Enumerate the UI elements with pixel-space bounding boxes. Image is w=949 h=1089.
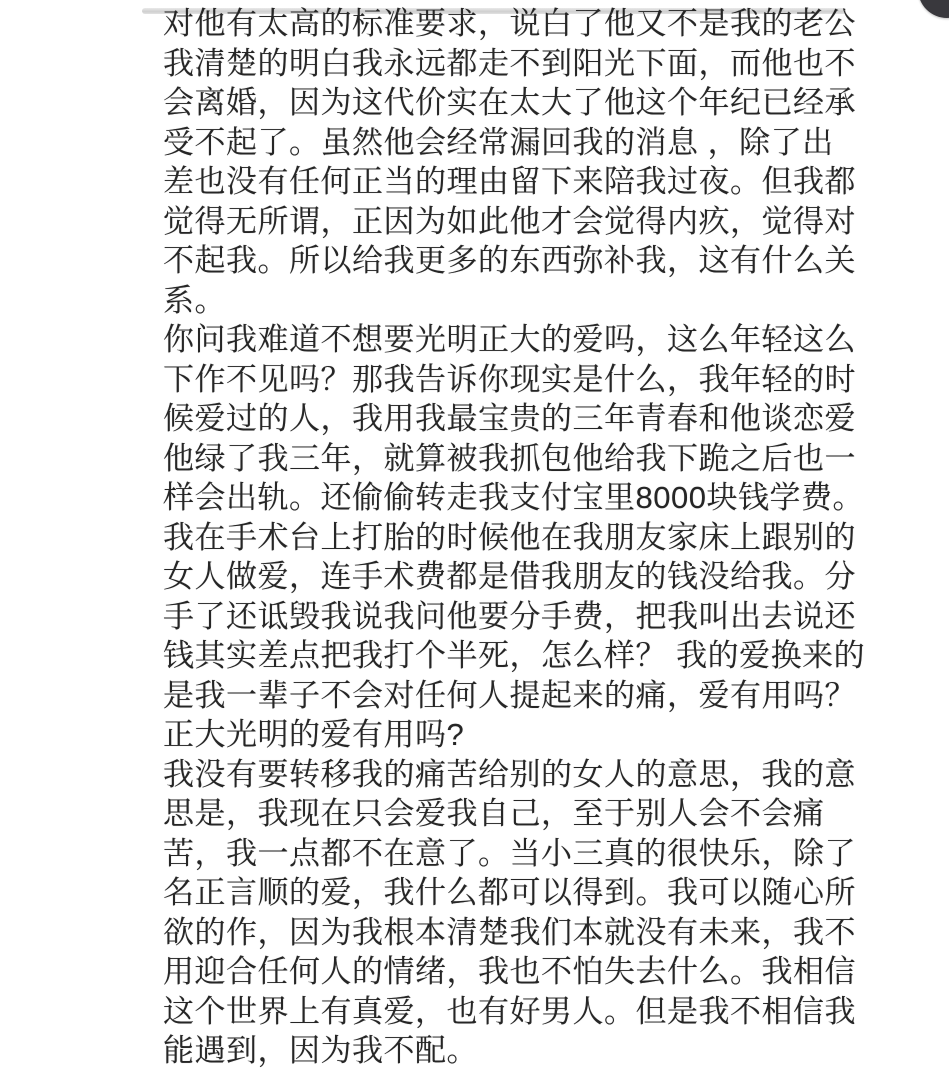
floating-action-button[interactable] [918, 0, 949, 18]
text-line: 下作不见吗？那我告诉你现实是什么，我年轻的时 [163, 360, 863, 400]
text-line: 他绿了我三年，就算被我抓包他给我下跪之后也一 [163, 439, 863, 479]
text-line: 不起我。所以给我更多的东西弥补我，这有什么关 [163, 241, 863, 281]
post-text-body: 对他有太高的标准要求，说白了他又不是我的老公我清楚的明白我永远都走不到阳光下面，… [163, 4, 863, 1071]
text-line: 女人做爱，连手术费都是借我朋友的钱没给我。分 [163, 557, 863, 597]
text-line: 受不起了。虽然他会经常漏回我的消息 ，除了出 [163, 123, 863, 163]
text-line: 这个世界上有真爱，也有好男人。但是我不相信我 [163, 992, 863, 1032]
text-line: 名正言顺的爱，我什么都可以得到。我可以随心所 [163, 873, 863, 913]
text-line: 觉得无所谓，正因为如此他才会觉得内疚，觉得对 [163, 202, 863, 242]
text-line: 候爱过的人，我用我最宝贵的三年青春和他谈恋爱 [163, 399, 863, 439]
text-line: 你问我难道不想要光明正大的爱吗，这么年轻这么 [163, 320, 863, 360]
text-line: 正大光明的爱有用吗? [163, 715, 863, 755]
text-line: 差也没有任何正当的理由留下来陪我过夜。但我都 [163, 162, 863, 202]
text-line: 用迎合任何人的情绪，我也不怕失去什么。我相信 [163, 952, 863, 992]
text-line: 是我一辈子不会对任何人提起来的痛，爱有用吗？ [163, 676, 863, 716]
text-line: 欲的作，因为我根本清楚我们本就没有未来，我不 [163, 913, 863, 953]
text-line: 手了还诋毁我说我问他要分手费，把我叫出去说还 [163, 597, 863, 637]
text-line: 思是，我现在只会爱我自己，至于别人会不会痛 [163, 794, 863, 834]
text-line: 我清楚的明白我永远都走不到阳光下面，而他也不 [163, 44, 863, 84]
text-line: 苦，我一点都不在意了。当小三真的很快乐，除了 [163, 834, 863, 874]
text-line: 系。 [163, 281, 863, 321]
text-line: 样会出轨。还偷偷转走我支付宝里8000块钱学费。 [163, 478, 863, 518]
text-line: 对他有太高的标准要求，说白了他又不是我的老公 [163, 4, 863, 44]
text-line: 钱其实差点把我打个半死，怎么样？ 我的爱换来的 [163, 636, 863, 676]
text-line: 能遇到，因为我不配。 [163, 1031, 863, 1071]
text-line: 会离婚，因为这代价实在太大了他这个年纪已经承 [163, 83, 863, 123]
text-line: 我在手术台上打胎的时候他在我朋友家床上跟别的 [163, 518, 863, 558]
text-line: 我没有要转移我的痛苦给别的女人的意思，我的意 [163, 755, 863, 795]
